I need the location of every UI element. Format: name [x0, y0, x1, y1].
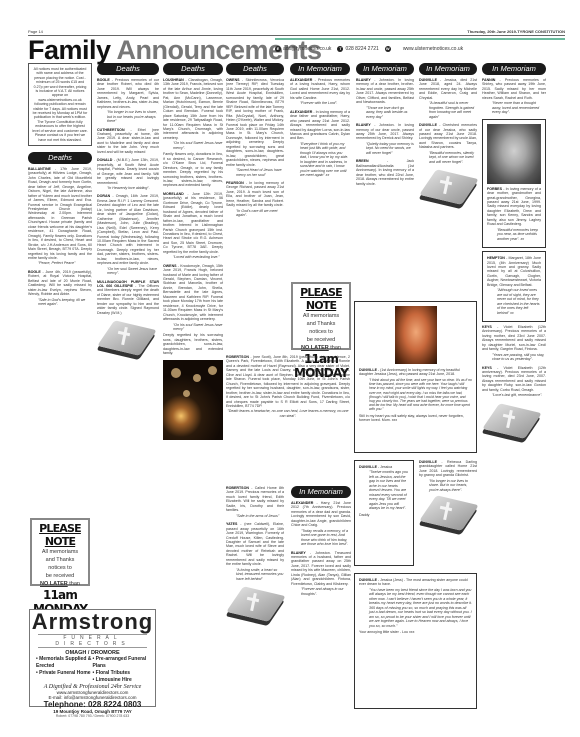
- memoriam-box: DUNVILLE - Jessica "Twelve months ago yo…: [354, 460, 414, 566]
- column-4: Deaths OWENS - Skinnliecross, Veronica (…: [226, 63, 284, 222]
- notice-entry: DUNVILLE - Jessica, died 21st June 2018,…: [419, 78, 477, 119]
- notice-entry: DONALD - (M.B.E.) June 13th, 2019, peace…: [97, 158, 159, 190]
- date-line: Thursday, 20th June 2019-TYRONE CONSTITU…: [467, 29, 565, 34]
- memoriam-feature-box: DUNVILLE - (1st Anniversary) In loving m…: [354, 301, 477, 453]
- notice-entry: ROBERTSON - Called Home 8th June 2019. P…: [226, 486, 284, 518]
- column-7: In Memoriam DUNVILLE - Jessica, died 21s…: [419, 63, 477, 208]
- column-6: In Memoriam BLANEY - Johnston. In loving…: [356, 63, 414, 190]
- section-header-deaths: Deaths: [28, 152, 92, 164]
- notice-entry: DUNVILLE - Rebecca Darling granddaughter…: [419, 460, 477, 534]
- notice-entry: DUNVILLE - Cherished memories of our dea…: [419, 123, 477, 164]
- terms-notice: All notices must be authenticated with n…: [28, 63, 92, 146]
- notice-entry: OWENS - Skinnliecross, Veronica (nee Tie…: [226, 78, 284, 177]
- notice-entry: BLANEY - Johnston. In loving memory of o…: [356, 123, 414, 155]
- email-contact[interactable]: Eads@tyronecon.co.uk: [275, 46, 331, 52]
- web-icon: W: [385, 46, 391, 52]
- phone-contact[interactable]: T028 8224 2721: [337, 46, 378, 52]
- column-5: In Memoriam ALEXANDER - Precious memorie…: [290, 63, 350, 182]
- notice-entry: FANNIN - Precious memories of Shirley, w…: [482, 78, 546, 115]
- notice-entry: ALEXANDER - Precious memories of a lovin…: [290, 78, 350, 106]
- column-1: All notices must be authenticated with n…: [28, 63, 92, 311]
- page-number: Page 14: [28, 29, 43, 34]
- portrait-photo: [395, 306, 437, 364]
- please-note-box: PLEASE NOTE All memoriams and Thanks not…: [291, 282, 351, 350]
- memoriam-box: HEMPTON - Margaret, 18th June 2015, (4th…: [482, 251, 546, 322]
- section-header-memoriam: In Memoriam: [356, 63, 414, 75]
- bible-icon: [482, 402, 542, 442]
- bible-icon: [419, 168, 479, 208]
- bible-icon: [419, 494, 479, 534]
- candle-photo: [163, 360, 223, 440]
- section-header-memoriam: In Memoriam: [291, 486, 351, 498]
- armstrong-advert: Armstrong FUNERAL DIRECTORS OMAGH / DROM…: [29, 609, 156, 707]
- notice-entry: BALLANTINE - 17th June 2019, (peacefully…: [28, 167, 92, 266]
- section-header-deaths: Deaths: [226, 63, 284, 75]
- column-8: In Memoriam FANNIN - Precious memories o…: [482, 63, 546, 442]
- bible-icon: [226, 585, 286, 625]
- column-3: Deaths LOUGHRAN - Clanabogan, Omagh, 13t…: [163, 63, 223, 440]
- memoriam-box-wide: DUNVILLE - Jessica (Jess) - The most ama…: [354, 573, 477, 709]
- notice-entry: BOGLE - Precious memories of our dear br…: [97, 78, 159, 124]
- email-icon: E: [275, 46, 281, 52]
- section-header-memoriam: In Memoriam: [290, 63, 350, 75]
- notice-entry: BLANEY - Johnston. Treasured memories of…: [291, 551, 351, 597]
- section-header-memoriam: In Memoriam: [419, 63, 477, 75]
- notice-entry: BREEN - Jack Ballinamallard/Australia (1…: [356, 159, 414, 186]
- memoriam-photo-box: FORBES - In loving memory of a dear moth…: [482, 119, 546, 248]
- notice-entry: BLANEY - Johnston. In loving memory of a…: [356, 78, 414, 119]
- contact-bar: Eads@tyronecon.co.uk T028 8224 2721 Wwww…: [275, 46, 565, 52]
- notice-entry: ALEXANDER - Harry, 21st June 2012 (7th A…: [291, 501, 351, 547]
- notice-entry: KEYS - Violet Elizabeth (12th Anniversar…: [482, 325, 546, 362]
- notice-entry: KEYS - Violet Elizabeth (12th anniversar…: [482, 366, 546, 398]
- notice-entry: YATES - (nee Caldwell), Elaine, passed a…: [226, 522, 284, 581]
- notice-entry: CUTHBERTSON - Ethel (nee Graham), peacef…: [97, 128, 159, 155]
- notice-entry: ALEXANDER - In loving memory of a dear f…: [290, 110, 350, 178]
- column-4b: ROBERTSON - Called Home 8th June 2019. P…: [226, 486, 284, 625]
- portrait-photo: [487, 124, 541, 184]
- section-header-deaths: Deaths: [163, 63, 223, 75]
- phone-icon: T: [337, 46, 343, 52]
- please-note-box: PLEASE NOTE All memoriams and Thanks not…: [30, 518, 90, 586]
- notice-entry-wide: ROBERTSON - (nee Scott), June 8th, 2019 …: [226, 355, 350, 420]
- column-2: Deaths BOGLE - Precious memories of our …: [97, 63, 159, 359]
- section-header-deaths: Deaths: [97, 63, 159, 75]
- notice-entry: PEARSON - In loving memory of George Ric…: [226, 181, 284, 218]
- notice-entry: LOUGHRAN - Clanabogan, Omagh, 13th June …: [163, 78, 223, 188]
- bible-icon: [97, 319, 157, 359]
- notice-entry: OWENS - Knockmoyle, Omagh, 15th June 201…: [163, 264, 223, 356]
- notice-entry: BOGLE - June 4th, 2019 (peacefully), Rob…: [28, 270, 92, 307]
- section-header-memoriam: In Memoriam: [482, 63, 546, 75]
- column-5b: In Memoriam ALEXANDER - Harry, 21st June…: [291, 486, 351, 600]
- accent-line: [275, 38, 565, 40]
- notice-entry: MORELAND - June 12th 2019, (peacefully) …: [163, 192, 223, 260]
- notice-entry: DORAN - Omagh, 16th June 2019, Emma Jane…: [97, 194, 159, 275]
- web-contact[interactable]: Wwww.ulsternetnotices.co.uk: [385, 46, 463, 52]
- notice-entry: MULLINAGOAGH PURPLE STAR LOL 666 GILLESP…: [97, 280, 159, 316]
